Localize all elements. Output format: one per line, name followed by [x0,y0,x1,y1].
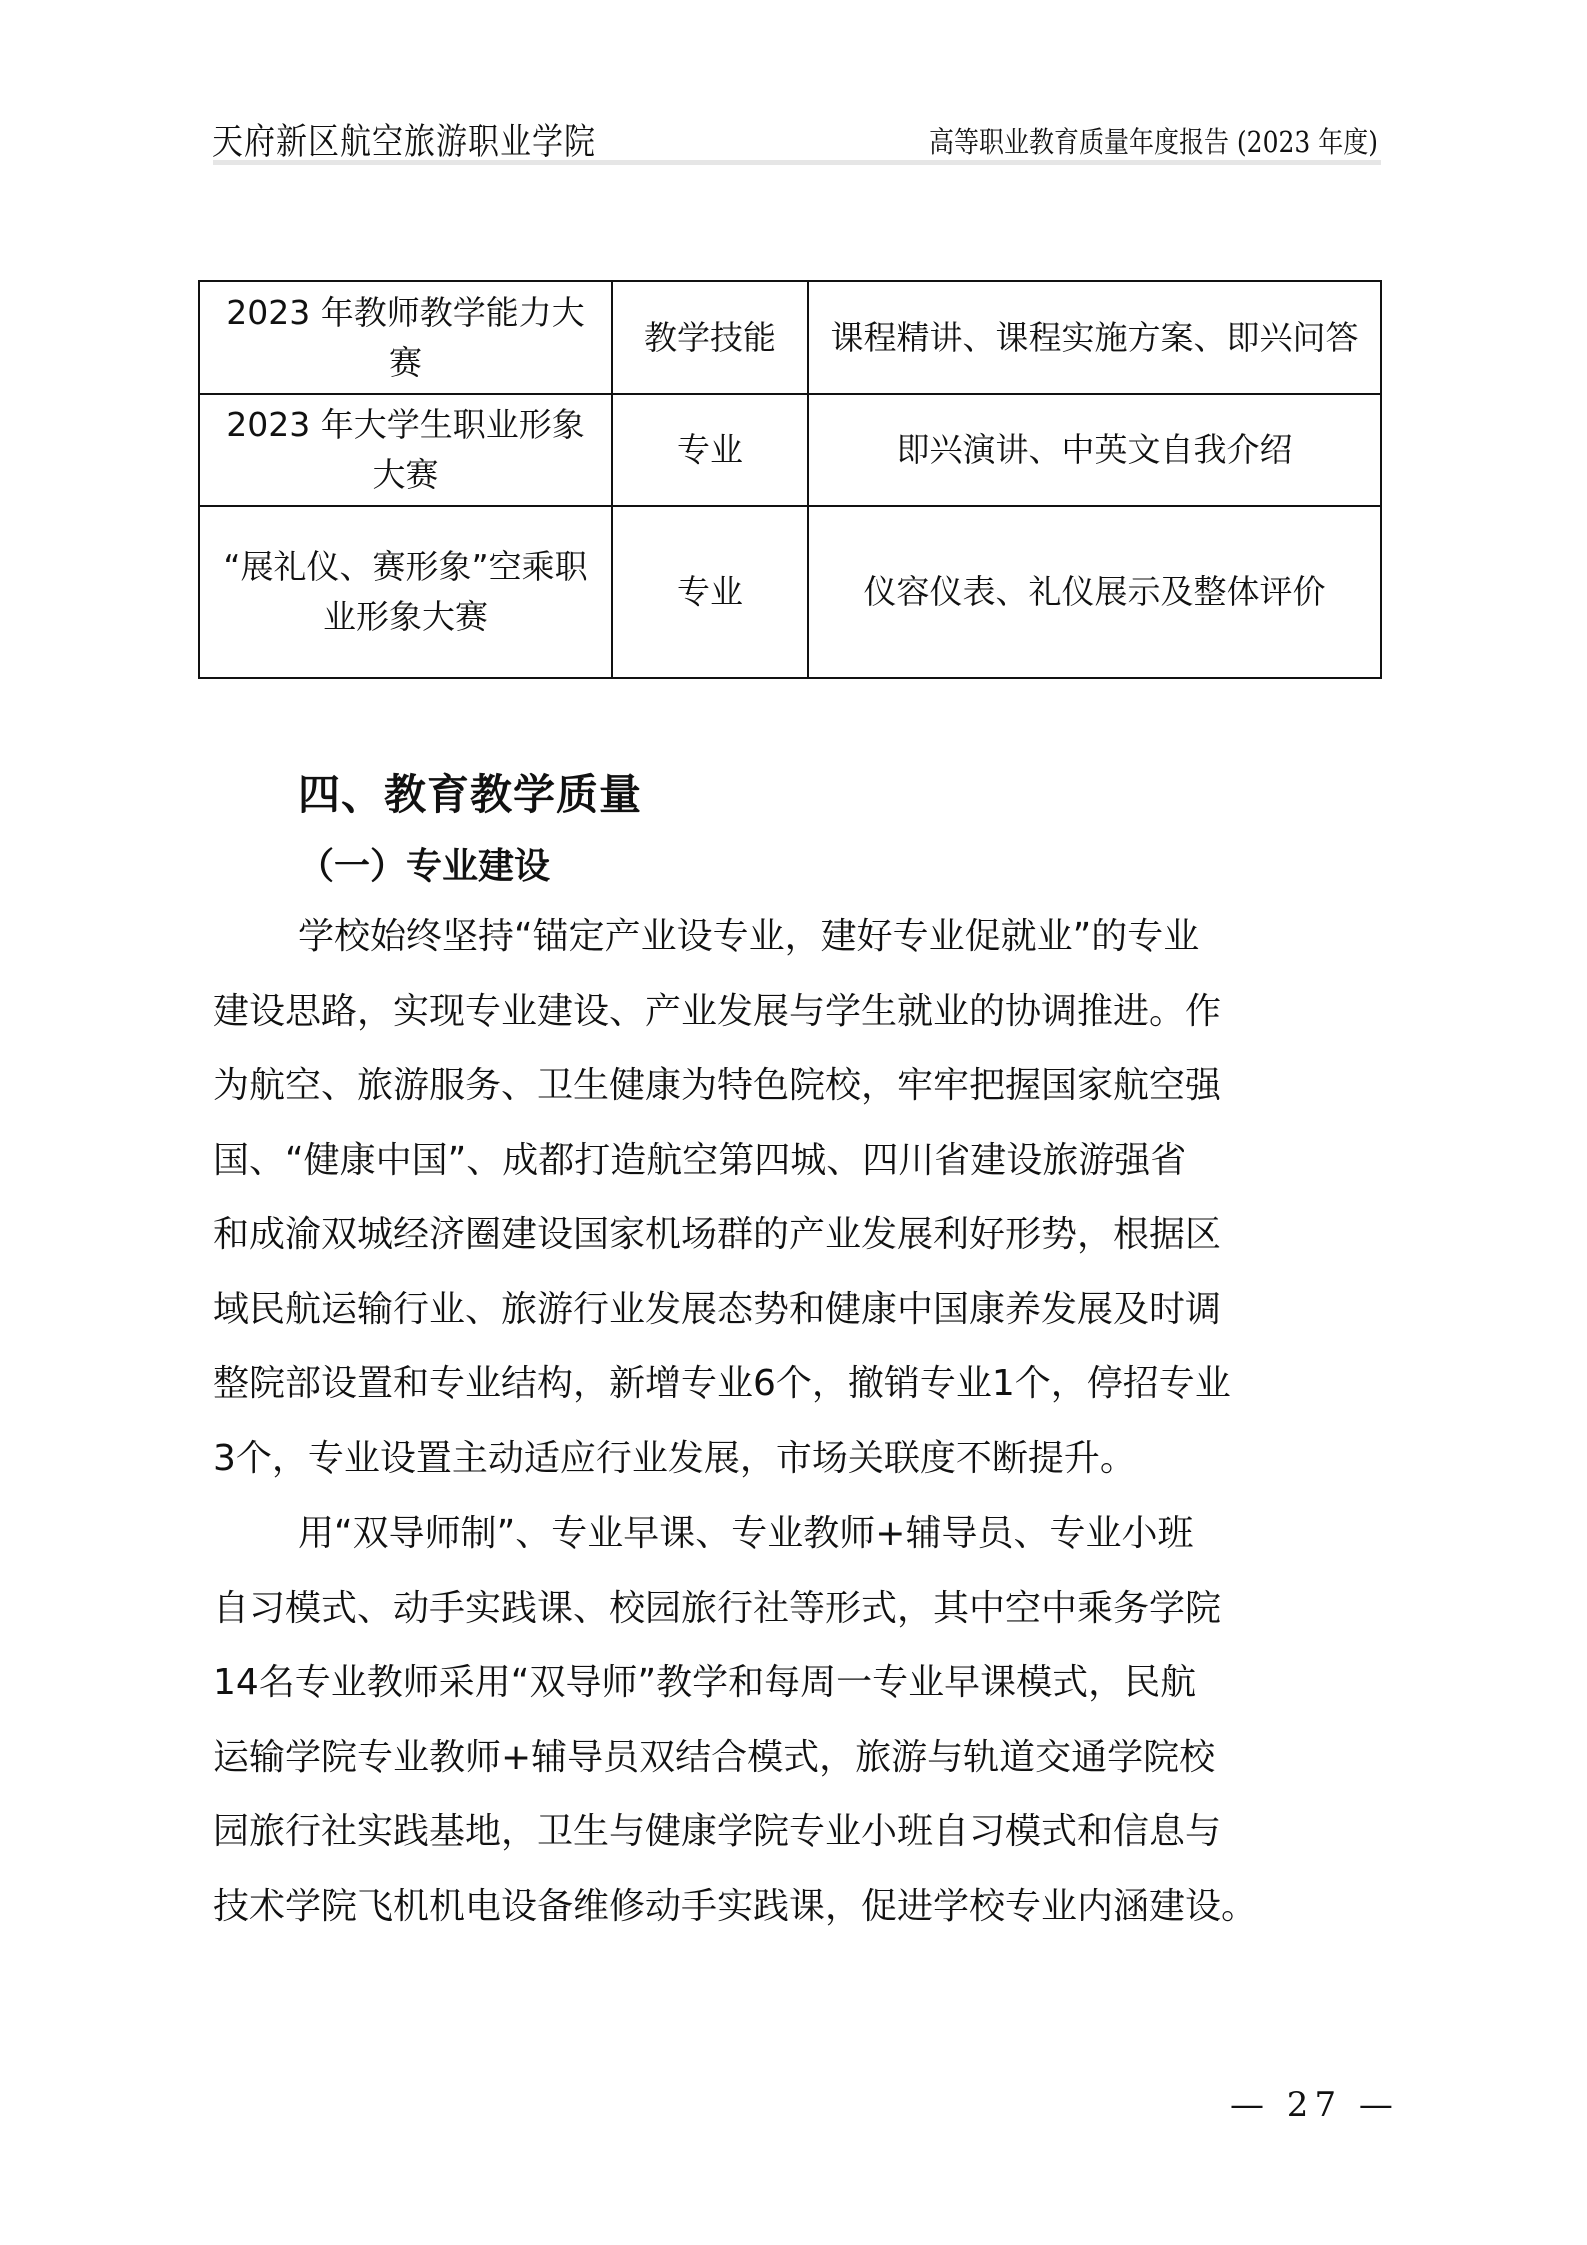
competition-name-cell: “展礼仪、赛形象”空乘职业形象大赛 [199,506,612,678]
text-line: 整院部设置和专业结构，新增专业6个，撤销专业1个，停招专业 [213,1347,1393,1422]
subsection-heading: （一）专业建设 [298,838,550,889]
page-header: 天府新区航空旅游职业学院 高等职业教育质量年度报告 (2023 年度) [212,112,1378,160]
content-cell: 即兴演讲、中英文自我介绍 [808,394,1381,506]
text-line: 3个，专业设置主动适应行业发展，市场关联度不断提升。 [213,1422,1393,1497]
text-line: 自习模式、动手实践课、校园旅行社等形式，其中空中乘务学院 [213,1572,1393,1647]
text-line: 运输学院专业教师+辅导员双结合模式，旅游与轨道交通学院校 [213,1721,1393,1796]
header-divider [213,160,1381,165]
text-line: 为航空、旅游服务、卫生健康为特色院校，牢牢把握国家航空强 [213,1049,1393,1124]
category-cell: 教学技能 [612,281,808,394]
text-line: 14名专业教师采用“双导师”教学和每周一专业早课模式，民航 [213,1646,1393,1721]
paragraph-1: 学校始终坚持“锚定产业设专业，建好专业促就业”的专业 建设思路，实现专业建设、产… [213,900,1393,1496]
category-cell: 专业 [612,506,808,678]
competition-table: 2023 年教师教学能力大赛 教学技能 课程精讲、课程实施方案、即兴问答 202… [198,280,1382,679]
table-row: 2023 年教师教学能力大赛 教学技能 课程精讲、课程实施方案、即兴问答 [199,281,1381,394]
table-row: 2023 年大学生职业形象大赛 专业 即兴演讲、中英文自我介绍 [199,394,1381,506]
competition-name-cell: 2023 年大学生职业形象大赛 [199,394,612,506]
text-line: 学校始终坚持“锚定产业设专业，建好专业促就业”的专业 [213,900,1393,975]
report-title: 高等职业教育质量年度报告 (2023 年度) [929,120,1378,161]
text-line: 和成渝双城经济圈建设国家机场群的产业发展利好形势，根据区 [213,1198,1393,1273]
text-line: 技术学院飞机机电设备维修动手实践课，促进学校专业内涵建设。 [213,1870,1393,1945]
table-row: “展礼仪、赛形象”空乘职业形象大赛 专业 仪容仪表、礼仪展示及整体评价 [199,506,1381,678]
text-line: 域民航运输行业、旅游行业发展态势和健康中国康养发展及时调 [213,1273,1393,1348]
page-number: — 27 — [1230,2085,1399,2125]
text-line: 国、“健康中国”、成都打造航空第四城、四川省建设旅游强省 [213,1124,1393,1199]
text-line: 用“双导师制”、专业早课、专业教师+辅导员、专业小班 [213,1497,1393,1572]
institution-name: 天府新区航空旅游职业学院 [212,112,596,164]
text-line: 园旅行社实践基地，卫生与健康学院专业小班自习模式和信息与 [213,1795,1393,1870]
content-cell: 仪容仪表、礼仪展示及整体评价 [808,506,1381,678]
text-line: 建设思路，实现专业建设、产业发展与学生就业的协调推进。作 [213,975,1393,1050]
content-cell: 课程精讲、课程实施方案、即兴问答 [808,281,1381,394]
section-heading: 四、教育教学质量 [298,762,642,822]
paragraph-2: 用“双导师制”、专业早课、专业教师+辅导员、专业小班 自习模式、动手实践课、校园… [213,1497,1393,1944]
category-cell: 专业 [612,394,808,506]
competition-name-cell: 2023 年教师教学能力大赛 [199,281,612,394]
